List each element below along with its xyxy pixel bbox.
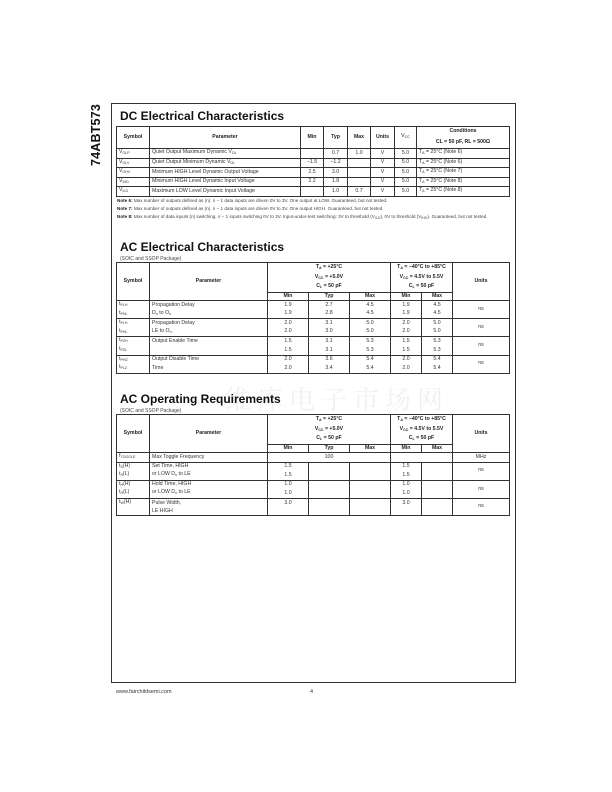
value	[309, 508, 350, 516]
value	[309, 471, 350, 480]
table-row: tS(L) or LOW Dn to LE 1.51.5	[117, 471, 510, 480]
parameter: Propagation Delay	[150, 319, 268, 328]
value	[309, 480, 350, 489]
value: 5.0	[350, 328, 391, 337]
note: Note 7: Max number of outputs defined as…	[117, 205, 509, 213]
value: 1.5	[268, 346, 309, 355]
symbol: tPLH	[117, 319, 150, 328]
col-min: Min	[391, 292, 422, 301]
value: 4.5	[350, 310, 391, 319]
parameter: or LOW Dn to LE	[150, 489, 268, 498]
col-symbol: Symbol	[117, 263, 150, 301]
col-typ: Typ	[309, 444, 350, 453]
parameter: LE to On	[150, 328, 268, 337]
col-min: Min	[268, 292, 309, 301]
conditions: TA = 25°C (Note 7)	[417, 168, 510, 178]
units: ns	[453, 499, 510, 516]
symbol: fTOGGLE	[117, 453, 150, 463]
dc-row: VILD Maximum LOW Level Dynamic Input Vol…	[117, 187, 510, 197]
parameter: Quiet Output Minimum Dynamic VOL	[150, 158, 301, 168]
table-row: tPLH Propagation Delay 1.92.74.51.94.5 n…	[117, 301, 510, 310]
value	[350, 508, 391, 516]
units: V	[371, 187, 395, 197]
col-min: Min	[391, 444, 422, 453]
value	[350, 489, 391, 498]
table-row: LE HIGH	[117, 508, 510, 516]
value: 3.1	[309, 346, 350, 355]
typ: 100	[268, 453, 391, 463]
dc-row: VOLV Quiet Output Minimum Dynamic VOL −1…	[117, 158, 510, 168]
symbol	[117, 508, 150, 516]
note: Note 8: Max number of data inputs (n) sw…	[117, 213, 509, 222]
units: V	[371, 177, 395, 187]
vcc: 5.0	[395, 149, 417, 159]
value: 1.5	[391, 471, 422, 480]
conditions: TA = 25°C (Note 8)	[417, 187, 510, 197]
value	[391, 508, 422, 516]
value: 5.0	[350, 319, 391, 328]
col-max: Max	[350, 444, 391, 453]
col-conditions: ConditionsCL = 50 pF, RL = 500Ω	[417, 127, 510, 149]
parameter: Minimum HIGH Level Dynamic Input Voltage	[150, 177, 301, 187]
value: 3.6	[309, 355, 350, 364]
max: 0.7	[348, 187, 371, 197]
table-row: tW(H) Pulse Width, 3.03.0 ns	[117, 499, 510, 508]
col-units: Units	[371, 127, 395, 149]
value: 2.0	[268, 328, 309, 337]
dc-row: VOLP Quiet Output Maximum Dynamic VOL 0.…	[117, 149, 510, 159]
value: 2.0	[391, 328, 422, 337]
value	[350, 462, 391, 471]
value: 3.4	[309, 364, 350, 373]
symbol: tPZL	[117, 346, 150, 355]
conditions: TA = 25°C (Note 8)	[417, 177, 510, 187]
parameter: Pulse Width,	[150, 499, 268, 508]
vcc: 5.0	[395, 187, 417, 197]
symbol: tPLZ	[117, 364, 150, 373]
value	[422, 489, 453, 498]
dc-row: VOHV Minimum HIGH Level Dynamic Output V…	[117, 168, 510, 178]
typ: 1.8	[324, 177, 348, 187]
symbol: tW(H)	[117, 499, 150, 508]
value	[309, 462, 350, 471]
parameter: Quiet Output Maximum Dynamic VOL	[150, 149, 301, 159]
min: 2.2	[301, 177, 324, 187]
value: 2.0	[391, 355, 422, 364]
col-min: Min	[301, 127, 324, 149]
value	[422, 480, 453, 489]
parameter: or LOW Dn to LE	[150, 471, 268, 480]
units: ns	[453, 337, 510, 355]
part-number-side-title: 74ABT573	[86, 100, 106, 170]
dc-notes: Note 6: Max number of outputs defined as…	[117, 197, 509, 222]
parameter	[150, 346, 268, 355]
typ: 1.0	[324, 187, 348, 197]
units: ns	[453, 462, 510, 480]
col-max: Max	[350, 292, 391, 301]
value	[422, 462, 453, 471]
symbol: VOHV	[117, 168, 150, 178]
symbol: VOLP	[117, 149, 150, 159]
value: 5.3	[422, 346, 453, 355]
units: ns	[453, 301, 510, 319]
max: 1.0	[348, 149, 371, 159]
typ: 3.0	[324, 168, 348, 178]
value	[309, 499, 350, 508]
col-units: Units	[453, 415, 510, 453]
value: 5.4	[422, 355, 453, 364]
table-row: tPLZ Time 2.03.45.42.05.4	[117, 364, 510, 373]
table-row: tPZH Output Enable Time 1.53.15.31.55.3 …	[117, 337, 510, 346]
value: 2.7	[309, 301, 350, 310]
parameter: LE HIGH	[150, 508, 268, 516]
value: 2.0	[268, 355, 309, 364]
footer-url[interactable]: www.fairchildsemi.com	[116, 689, 172, 695]
value: 2.0	[391, 364, 422, 373]
symbol: tPHL	[117, 328, 150, 337]
value: 1.5	[391, 462, 422, 471]
value: 1.9	[391, 310, 422, 319]
vcc: 5.0	[395, 177, 417, 187]
value: 5.3	[350, 337, 391, 346]
symbol: VIHD	[117, 177, 150, 187]
table-row: tS(H) Set Time, HIGH 1.51.5 ns	[117, 462, 510, 471]
value: 3.0	[391, 499, 422, 508]
parameter: Time	[150, 364, 268, 373]
value: 2.0	[268, 319, 309, 328]
conditions: TA = 25°C (Note 6)	[417, 149, 510, 159]
table-row: tPHZ Output Disable Time 2.03.65.42.05.4…	[117, 355, 510, 364]
parameter: Output Enable Time	[150, 337, 268, 346]
value	[268, 508, 309, 516]
units: V	[371, 158, 395, 168]
symbol: VOLV	[117, 158, 150, 168]
units: MHz	[453, 453, 510, 463]
symbol: tH(H)	[117, 480, 150, 489]
max	[348, 158, 371, 168]
dc-characteristics-table: Symbol Parameter Min Typ Max Units VCC C…	[116, 126, 510, 197]
value: 1.0	[391, 480, 422, 489]
table-row: tPLH Propagation Delay 2.03.15.02.05.0 n…	[117, 319, 510, 328]
symbol: tPHZ	[117, 355, 150, 364]
units: V	[371, 149, 395, 159]
value: 1.9	[268, 310, 309, 319]
value: 5.0	[422, 328, 453, 337]
vcc: 5.0	[395, 158, 417, 168]
col-cond-25c: TA = +25°CVCC = +5.0VCL = 50 pF	[268, 415, 391, 445]
parameter: Output Disable Time	[150, 355, 268, 364]
symbol: tH(L)	[117, 489, 150, 498]
value: 2.0	[268, 364, 309, 373]
value: 2.8	[309, 310, 350, 319]
parameter: Dn to On	[150, 310, 268, 319]
max	[348, 177, 371, 187]
units: ns	[453, 480, 510, 498]
dc-title: DC Electrical Characteristics	[120, 109, 284, 123]
value: 2.0	[391, 319, 422, 328]
toggle-row: fTOGGLEMax Toggle Frequency 100MHz	[117, 453, 510, 463]
symbol: tPZH	[117, 337, 150, 346]
max	[348, 168, 371, 178]
value: 5.3	[422, 337, 453, 346]
value: 1.0	[268, 480, 309, 489]
value: 1.5	[268, 471, 309, 480]
symbol: tS(L)	[117, 471, 150, 480]
table-row: tPHL LE to On 2.03.05.02.05.0	[117, 328, 510, 337]
value	[350, 480, 391, 489]
value	[422, 471, 453, 480]
ac-char-title: AC Electrical Characteristics	[120, 240, 284, 254]
value: 1.5	[391, 346, 422, 355]
parameter: Max Toggle Frequency	[150, 453, 268, 463]
value	[350, 499, 391, 508]
value: 3.0	[268, 499, 309, 508]
col-typ: Typ	[309, 292, 350, 301]
value: 1.5	[268, 337, 309, 346]
col-parameter: Parameter	[150, 127, 301, 149]
value: 1.5	[391, 337, 422, 346]
col-cond-25c: TA = +25°CVCC = +5.0VCL = 50 pF	[268, 263, 391, 293]
units: V	[371, 168, 395, 178]
value: 1.0	[391, 489, 422, 498]
table-row: tH(L) or LOW Dn to LE 1.01.0	[117, 489, 510, 498]
value: 1.5	[268, 462, 309, 471]
col-max: Max	[422, 292, 453, 301]
value: 5.4	[422, 364, 453, 373]
symbol: tPHL	[117, 310, 150, 319]
value: 5.4	[350, 364, 391, 373]
parameter: Hold Time, HIGH	[150, 480, 268, 489]
value: 3.0	[309, 328, 350, 337]
col-max: Max	[422, 444, 453, 453]
table-row: tH(H) Hold Time, HIGH 1.01.0 ns	[117, 480, 510, 489]
dc-row: VIHD Minimum HIGH Level Dynamic Input Vo…	[117, 177, 510, 187]
value	[350, 471, 391, 480]
col-parameter: Parameter	[150, 263, 268, 301]
parameter: Minimum HIGH Level Dynamic Output Voltag…	[150, 168, 301, 178]
vcc: 5.0	[395, 168, 417, 178]
col-parameter: Parameter	[150, 415, 268, 453]
value	[422, 499, 453, 508]
col-symbol: Symbol	[117, 127, 150, 149]
conditions: TA = 25°C (Note 6)	[417, 158, 510, 168]
parameter: Set Time, HIGH	[150, 462, 268, 471]
col-symbol: Symbol	[117, 415, 150, 453]
units: ns	[453, 319, 510, 337]
value: 5.4	[350, 355, 391, 364]
col-units: Units	[453, 263, 510, 301]
value: 4.5	[350, 301, 391, 310]
value: 3.1	[309, 319, 350, 328]
value	[309, 489, 350, 498]
col-typ: Typ	[324, 127, 348, 149]
col-cond-range: TA = −40°C to +85°CVCC = 4.5V to 5.5VCL …	[391, 263, 453, 293]
value: 4.5	[422, 301, 453, 310]
value	[422, 508, 453, 516]
min: 2.5	[301, 168, 324, 178]
typ: 0.7	[324, 149, 348, 159]
note: Note 6: Max number of outputs defined as…	[117, 197, 509, 205]
table-row: tPHL Dn to On 1.92.84.51.94.5	[117, 310, 510, 319]
parameter: Propagation Delay	[150, 301, 268, 310]
ac-characteristics-table: Symbol Parameter TA = +25°CVCC = +5.0VCL…	[116, 262, 510, 374]
symbol: VILD	[117, 187, 150, 197]
col-max: Max	[348, 127, 371, 149]
parameter: Maximum LOW Level Dynamic Input Voltage	[150, 187, 301, 197]
table-row: tPZL 1.53.15.31.55.3	[117, 346, 510, 355]
col-cond-range: TA = −40°C to +85°CVCC = 4.5V to 5.5VCL …	[391, 415, 453, 445]
value: 5.0	[422, 319, 453, 328]
symbol: tPLH	[117, 301, 150, 310]
value: 1.9	[391, 301, 422, 310]
value: 1.9	[268, 301, 309, 310]
value: 3.1	[309, 337, 350, 346]
ac-op-title: AC Operating Requirements	[120, 392, 281, 406]
value: 4.5	[422, 310, 453, 319]
col-vcc: VCC	[395, 127, 417, 149]
value: 1.0	[268, 489, 309, 498]
min	[301, 149, 324, 159]
typ: −1.2	[324, 158, 348, 168]
units: ns	[453, 355, 510, 373]
page-number: 4	[310, 689, 313, 695]
symbol: tS(H)	[117, 462, 150, 471]
ac-operating-table: Symbol Parameter TA = +25°CVCC = +5.0VCL…	[116, 414, 510, 516]
col-min: Min	[268, 444, 309, 453]
min	[301, 187, 324, 197]
min: −1.5	[301, 158, 324, 168]
value: 5.3	[350, 346, 391, 355]
